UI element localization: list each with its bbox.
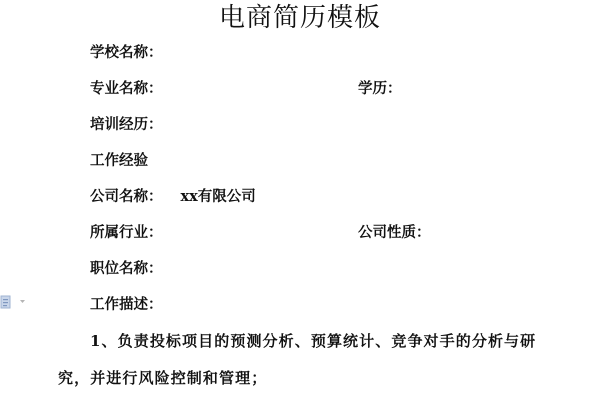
field-industry: 所属行业：	[90, 223, 181, 243]
paste-options-button[interactable]	[0, 294, 28, 310]
section-work-experience: 工作经验	[90, 151, 148, 171]
field-job-description: 工作描述：	[90, 295, 181, 315]
field-company-name: 公司名称：xx有限公司	[90, 187, 256, 207]
document-title: 电商简历模板	[0, 2, 600, 34]
chevron-down-icon	[20, 300, 25, 303]
description-line-1: 1、负责投标项目的预测分析、预算统计、竞争对手的分析与研	[90, 331, 536, 351]
field-label: 所属行业：	[90, 224, 163, 241]
field-position-name: 职位名称：	[90, 259, 181, 279]
field-label: 公司名称：	[90, 188, 163, 205]
field-label: 专业名称：	[90, 80, 163, 97]
field-label: 培训经历：	[90, 116, 163, 133]
field-value: xx有限公司	[181, 188, 256, 205]
field-school-name: 学校名称：	[90, 43, 181, 63]
paste-options-icon	[0, 294, 28, 310]
field-label: 职位名称：	[90, 260, 163, 277]
field-training: 培训经历：	[90, 115, 181, 135]
description-line-2: 究，并进行风险控制和管理；	[58, 368, 267, 388]
field-label: 工作描述：	[90, 296, 163, 313]
field-label: 公司性质：	[358, 224, 431, 241]
field-major-name: 专业名称：	[90, 79, 181, 99]
field-label: 学历：	[358, 80, 402, 97]
section-heading: 工作经验	[90, 152, 148, 169]
field-label: 学校名称：	[90, 44, 163, 61]
field-company-type: 公司性质：	[358, 223, 449, 243]
field-education: 学历：	[358, 79, 420, 99]
